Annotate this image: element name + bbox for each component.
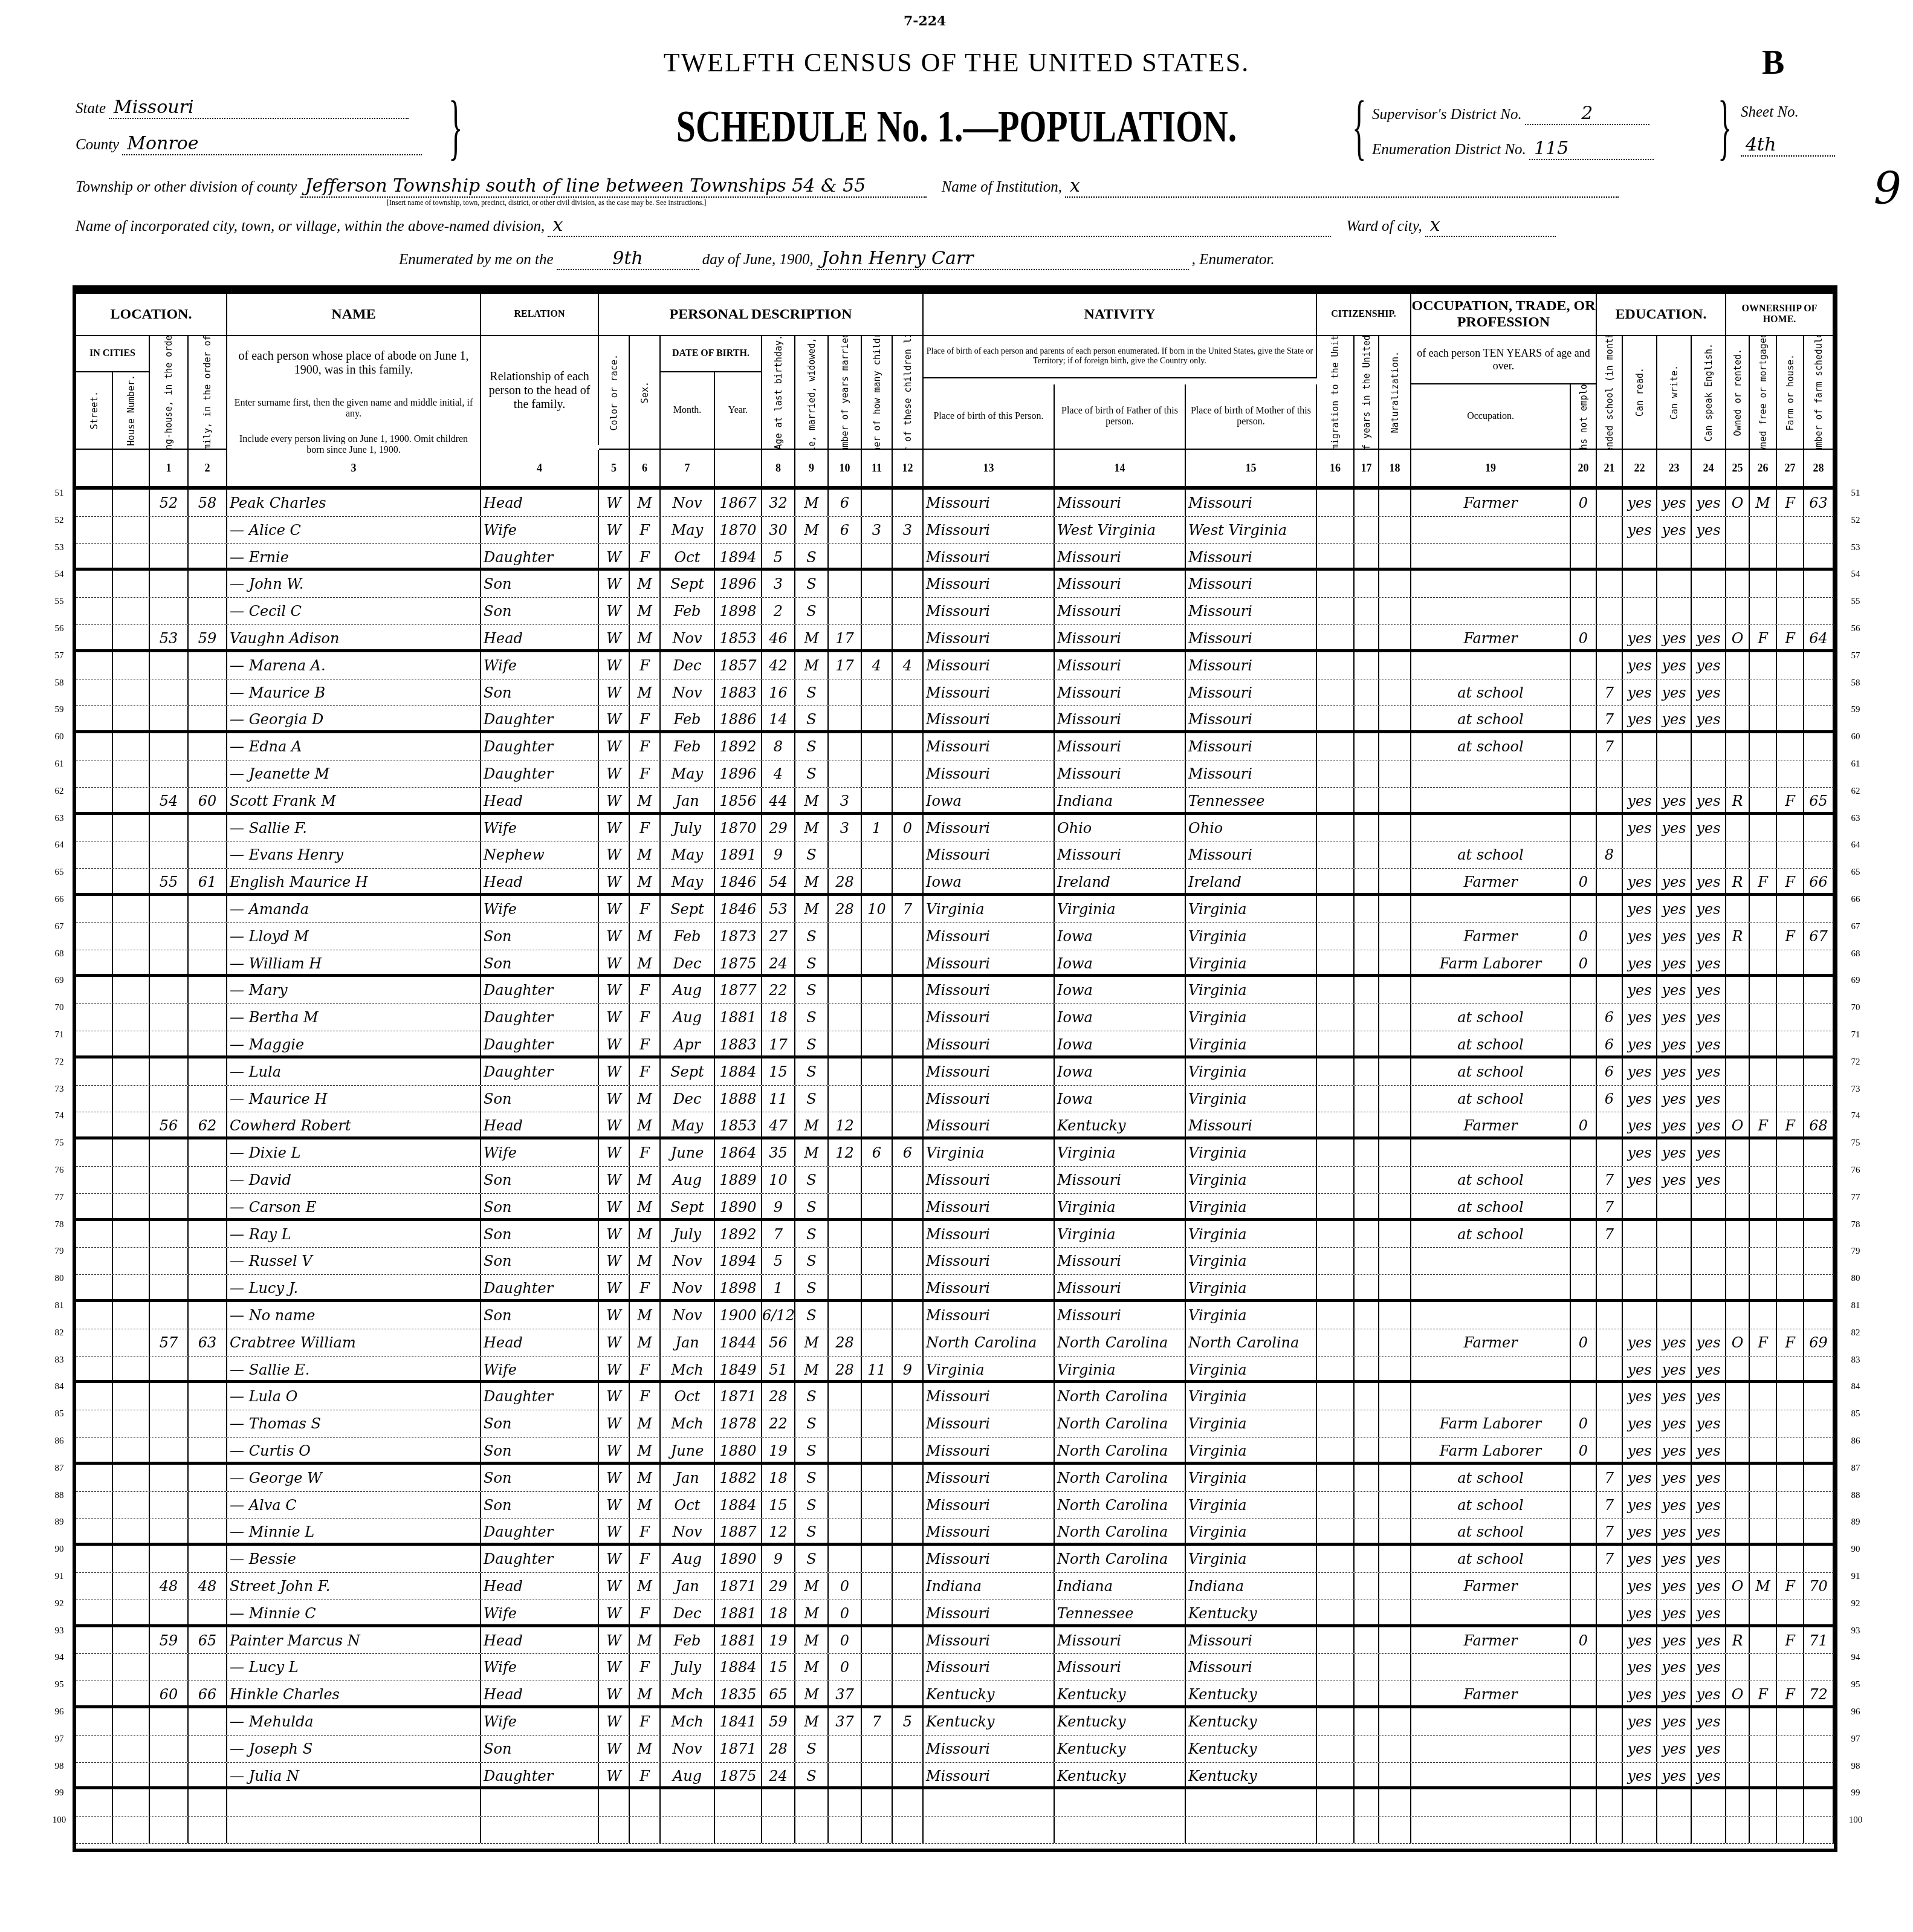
cell-dwelling — [150, 1058, 189, 1085]
cell-mortgaged — [1750, 571, 1777, 597]
cell-dwelling — [150, 679, 189, 706]
cell-owned — [1726, 1302, 1750, 1329]
cell-year: 1835 — [715, 1681, 762, 1705]
cell-street — [76, 1167, 113, 1193]
cell-imm — [1317, 1058, 1355, 1085]
cell-mother-birth: Ohio — [1186, 815, 1317, 841]
cell-mortgaged — [1750, 1004, 1777, 1031]
cell-house — [113, 1194, 150, 1218]
cell-mother-birth: Ireland — [1186, 869, 1317, 893]
cell-dwelling — [150, 1221, 189, 1248]
cell-mother-of — [862, 841, 893, 868]
cell-name: Street John F. — [227, 1573, 481, 1600]
cell-street — [76, 896, 113, 922]
cell-dwelling: 55 — [150, 869, 189, 893]
cell-months-unemp — [1571, 788, 1597, 812]
column-number-mother-of: 11 — [862, 450, 893, 486]
cell-imm — [1317, 1573, 1355, 1600]
cell-mother-birth: North Carolina — [1186, 1329, 1317, 1356]
cell-dwelling: 53 — [150, 625, 189, 649]
line-number-left: 55 — [47, 597, 71, 607]
cell-read: yes — [1623, 1357, 1657, 1381]
cell-dwelling — [150, 1383, 189, 1410]
city-label: Name of incorporated city, town, or vill… — [76, 218, 545, 235]
cell-street — [76, 841, 113, 868]
line-number-right: 77 — [1843, 1193, 1868, 1203]
cell-birth: Missouri — [924, 977, 1055, 1003]
cell-father-birth: Missouri — [1055, 544, 1186, 568]
cell-rel: Head — [481, 1112, 599, 1136]
cell-family — [189, 1004, 227, 1031]
cell-imm — [1317, 1736, 1355, 1762]
cell-yrs-married: 6 — [829, 517, 862, 543]
cell-family — [189, 1167, 227, 1193]
cell-write: yes — [1657, 1654, 1692, 1681]
table-row: — William HSonWMDec187524SMissouriIowaVi… — [76, 950, 1834, 977]
cell-birth: Missouri — [924, 1654, 1055, 1681]
cell-birth: Missouri — [924, 1763, 1055, 1787]
cell-family — [189, 1383, 227, 1410]
cell-school: 6 — [1597, 1031, 1623, 1055]
table-row: — MehuldaWifeWFMch184159M3775KentuckyKen… — [76, 1708, 1834, 1736]
cell-marital: M — [795, 1357, 829, 1381]
table-row: — Lloyd MSonWMFeb187327SMissouriIowaVirg… — [76, 923, 1834, 950]
cell-house — [113, 517, 150, 543]
group-header-relation: RELATION — [481, 294, 599, 336]
cell-write: yes — [1657, 1167, 1692, 1193]
cell-color: W — [599, 1167, 630, 1193]
cell-imm — [1317, 977, 1355, 1003]
cell-age: 12 — [762, 1519, 795, 1543]
cell-name: Scott Frank M — [227, 788, 481, 812]
cell-month: Sept — [661, 896, 715, 922]
cell-nat — [1379, 1600, 1411, 1624]
cell-living — [893, 1058, 924, 1085]
column-label-nat: Naturalization. — [1379, 336, 1411, 450]
cell-age: 24 — [762, 950, 795, 974]
cell-yrs-married — [829, 1031, 862, 1055]
cell-read — [1623, 841, 1657, 868]
cell-street — [76, 1763, 113, 1787]
cell-read: yes — [1623, 1627, 1657, 1654]
column-label-text-english: Can speak English. — [1703, 343, 1714, 442]
cell-street — [76, 1519, 113, 1543]
cell-occupation — [1411, 652, 1571, 679]
cell-yrs-married — [829, 1221, 862, 1248]
cell-living — [893, 1112, 924, 1136]
cell-age: 19 — [762, 1627, 795, 1654]
cell-age: 10 — [762, 1167, 795, 1193]
line-number-left: 97 — [47, 1734, 71, 1745]
cell-yrs-us — [1355, 1031, 1379, 1055]
table-row: — Julia NDaughterWFAug187524SMissouriKen… — [76, 1763, 1834, 1790]
enumeration-day: 9th — [557, 248, 699, 270]
cell-month: Mch — [661, 1357, 715, 1381]
cell-nat — [1379, 490, 1411, 516]
cell-mortgaged — [1750, 1383, 1777, 1410]
cell-father-birth: Iowa — [1055, 1058, 1186, 1085]
cell-mother-birth: Missouri — [1186, 1112, 1317, 1136]
cell-rel: Daughter — [481, 1058, 599, 1085]
cell-yrs-married — [829, 544, 862, 568]
institution-value: x — [1065, 175, 1619, 198]
line-number-right: 73 — [1843, 1084, 1868, 1095]
cell-write: yes — [1657, 490, 1692, 516]
cell-english: yes — [1692, 1681, 1726, 1705]
cell-mother-of — [862, 1573, 893, 1600]
column-number-rel: 4 — [481, 450, 599, 486]
cell-farm-sched — [1804, 1275, 1834, 1299]
cell-nat — [1379, 815, 1411, 841]
cell-month: Feb — [661, 733, 715, 760]
cell-street — [76, 1573, 113, 1600]
cell-street — [76, 1058, 113, 1085]
cell-father-birth: Kentucky — [1055, 1708, 1186, 1735]
cell-sex: F — [630, 1004, 661, 1031]
cell-year: 1886 — [715, 706, 762, 730]
cell-family — [189, 598, 227, 624]
cell-owned — [1726, 1410, 1750, 1437]
cell-marital: S — [795, 1519, 829, 1543]
cell-mother-of — [862, 1194, 893, 1218]
cell-house — [113, 1275, 150, 1299]
cell-family — [189, 1275, 227, 1299]
cell-sex: F — [630, 733, 661, 760]
cell-living — [893, 950, 924, 974]
cell-yrs-married — [829, 1763, 862, 1787]
cell-yrs-us — [1355, 490, 1379, 516]
cell-farm — [1777, 1492, 1804, 1519]
cell-yrs-us — [1355, 1139, 1379, 1166]
cell-school — [1597, 1600, 1623, 1624]
census-title: TWELFTH CENSUS OF THE UNITED STATES. — [0, 47, 1913, 78]
cell-occupation — [1411, 1139, 1571, 1166]
column-label-text-mother-of: Mother of how many children. — [872, 336, 882, 450]
table-row: — Georgia DDaughterWFFeb188614SMissouriM… — [76, 706, 1834, 733]
cell-owned — [1726, 598, 1750, 624]
cell-living — [893, 1681, 924, 1705]
line-number-right: 97 — [1843, 1734, 1868, 1745]
table-row: 5460Scott Frank MHeadWMJan185644M3IowaIn… — [76, 788, 1834, 815]
table-row: 6066Hinkle CharlesHeadWMMch183565M37Kent… — [76, 1681, 1834, 1708]
cell-occupation: Farmer — [1411, 923, 1571, 950]
cell-yrs-us — [1355, 1058, 1379, 1085]
cell-color: W — [599, 760, 630, 787]
cell-mother-of — [862, 1627, 893, 1654]
cell-year: 1873 — [715, 923, 762, 950]
cell-farm-sched — [1804, 1031, 1834, 1055]
cell-rel — [481, 1817, 599, 1843]
cell-farm-sched: 70 — [1804, 1573, 1834, 1600]
group-header-citizenship: CITIZENSHIP. — [1317, 294, 1411, 336]
cell-yrs-us — [1355, 1654, 1379, 1681]
cell-write — [1657, 841, 1692, 868]
cell-yrs-us — [1355, 1763, 1379, 1787]
cell-name — [227, 1817, 481, 1843]
cell-name: — Lula — [227, 1058, 481, 1085]
cell-house — [113, 977, 150, 1003]
cell-street — [76, 760, 113, 787]
cell-mother-birth: Indiana — [1186, 1573, 1317, 1600]
cell-father-birth: Kentucky — [1055, 1112, 1186, 1136]
cell-month: Nov — [661, 1248, 715, 1274]
cell-farm — [1777, 1789, 1804, 1816]
cell-yrs-us — [1355, 1248, 1379, 1274]
cell-name: — Dixie L — [227, 1139, 481, 1166]
table-row: — ErnieDaughterWFOct18945SMissouriMissou… — [76, 544, 1834, 571]
table-row: — Minnie LDaughterWFNov188712SMissouriNo… — [76, 1519, 1834, 1546]
cell-birth: Missouri — [924, 1302, 1055, 1329]
cell-birth: Missouri — [924, 679, 1055, 706]
line-number-right: 63 — [1843, 814, 1868, 824]
cell-dwelling — [150, 1357, 189, 1381]
cell-yrs-married — [829, 1004, 862, 1031]
cell-living — [893, 1736, 924, 1762]
cell-father-birth: Virginia — [1055, 1357, 1186, 1381]
cell-farm — [1777, 598, 1804, 624]
cell-owned — [1726, 706, 1750, 730]
cell-father-birth: Virginia — [1055, 1194, 1186, 1218]
cell-living — [893, 1275, 924, 1299]
right-brace-close-icon: } — [1718, 91, 1732, 163]
table-row: — DavidSonWMAug188910SMissouriMissouriVi… — [76, 1167, 1834, 1194]
cell-age: 35 — [762, 1139, 795, 1166]
name-description: of each person whose place of abode on J… — [227, 336, 481, 391]
cell-name: — Alice C — [227, 517, 481, 543]
cell-mother-birth: Virginia — [1186, 1519, 1317, 1543]
cell-family — [189, 1058, 227, 1085]
cell-age: 51 — [762, 1357, 795, 1381]
cell-yrs-married: 3 — [829, 788, 862, 812]
cell-name: — Ray L — [227, 1221, 481, 1248]
cell-owned — [1726, 1031, 1750, 1055]
cell-mother-of — [862, 1112, 893, 1136]
cell-mother-of — [862, 598, 893, 624]
cell-english — [1692, 544, 1726, 568]
cell-mother-birth: Missouri — [1186, 544, 1317, 568]
cell-year: 1877 — [715, 977, 762, 1003]
cell-year: 1853 — [715, 625, 762, 649]
cell-house — [113, 1086, 150, 1112]
cell-name: Peak Charles — [227, 490, 481, 516]
cell-yrs-us — [1355, 788, 1379, 812]
cell-sex: M — [630, 923, 661, 950]
cell-birth: Missouri — [924, 652, 1055, 679]
cell-age: 56 — [762, 1329, 795, 1356]
cell-imm — [1317, 1302, 1355, 1329]
cell-owned — [1726, 1086, 1750, 1112]
column-label-mother-of: Mother of how many children. — [862, 336, 893, 450]
cell-mortgaged — [1750, 1654, 1777, 1681]
cell-mother-of — [862, 490, 893, 516]
cell-read — [1623, 760, 1657, 787]
column-label-text-father-birth: Place of birth of Father of this person. — [1055, 403, 1185, 430]
cell-months-unemp — [1571, 598, 1597, 624]
line-number-left: 60 — [47, 732, 71, 742]
cell-dwelling — [150, 1410, 189, 1437]
cell-english: yes — [1692, 1004, 1726, 1031]
cell-living: 5 — [893, 1708, 924, 1735]
cell-street — [76, 544, 113, 568]
cell-house — [113, 1167, 150, 1193]
cell-house — [113, 1546, 150, 1572]
cell-year: 1846 — [715, 896, 762, 922]
cell-house — [113, 1329, 150, 1356]
cell-english — [1692, 1817, 1726, 1843]
cell-father-birth: Virginia — [1055, 1221, 1186, 1248]
cell-write: yes — [1657, 1086, 1692, 1112]
cell-marital: S — [795, 1248, 829, 1274]
cell-months-unemp — [1571, 1736, 1597, 1762]
cell-nat — [1379, 706, 1411, 730]
cell-school: 7 — [1597, 1221, 1623, 1248]
cell-dwelling — [150, 896, 189, 922]
cell-owned — [1726, 1167, 1750, 1193]
cell-school — [1597, 923, 1623, 950]
cell-school — [1597, 1112, 1623, 1136]
cell-birth: Missouri — [924, 517, 1055, 543]
cell-year: 1883 — [715, 1031, 762, 1055]
line-number-left: 69 — [47, 976, 71, 986]
cell-yrs-us — [1355, 1410, 1379, 1437]
cell-mother-birth: Missouri — [1186, 1627, 1317, 1654]
cell-nat — [1379, 517, 1411, 543]
cell-birth: Missouri — [924, 1086, 1055, 1112]
cell-color: W — [599, 1465, 630, 1491]
cell-color: W — [599, 1410, 630, 1437]
cell-owned — [1726, 1275, 1750, 1299]
cell-family — [189, 1492, 227, 1519]
cell-age: 32 — [762, 490, 795, 516]
cell-imm — [1317, 1465, 1355, 1491]
cell-sex: M — [630, 1681, 661, 1705]
cell-nat — [1379, 1546, 1411, 1572]
cell-year: 1894 — [715, 1248, 762, 1274]
cell-school — [1597, 1329, 1623, 1356]
cell-months-unemp — [1571, 1573, 1597, 1600]
column-number-street — [76, 450, 113, 486]
column-label-father-birth: Place of birth of Father of this person. — [1055, 384, 1186, 450]
cell-mother-of — [862, 950, 893, 974]
cell-english: yes — [1692, 1573, 1726, 1600]
cell-yrs-married — [829, 1302, 862, 1329]
cell-english: yes — [1692, 625, 1726, 649]
cell-age: 65 — [762, 1681, 795, 1705]
cell-farm-sched — [1804, 733, 1834, 760]
cell-farm-sched: 64 — [1804, 625, 1834, 649]
cell-english: yes — [1692, 1763, 1726, 1787]
cell-year: 1878 — [715, 1410, 762, 1437]
cell-rel: Son — [481, 923, 599, 950]
cell-read: yes — [1623, 1139, 1657, 1166]
cell-name: — Curtis O — [227, 1438, 481, 1462]
table-row: — Russel VSonWMNov18945SMissouriMissouri… — [76, 1248, 1834, 1275]
cell-occupation: at school — [1411, 1465, 1571, 1491]
cell-read — [1623, 598, 1657, 624]
cell-father-birth: Missouri — [1055, 706, 1186, 730]
cell-age: 7 — [762, 1221, 795, 1248]
line-number-left: 52 — [47, 516, 71, 526]
cell-color: W — [599, 733, 630, 760]
cell-color: W — [599, 1546, 630, 1572]
cell-imm — [1317, 625, 1355, 649]
cell-rel: Daughter — [481, 1031, 599, 1055]
cell-house — [113, 1708, 150, 1735]
cell-mortgaged — [1750, 788, 1777, 812]
cell-yrs-us — [1355, 1573, 1379, 1600]
cell-english — [1692, 598, 1726, 624]
cell-sex: M — [630, 1329, 661, 1356]
cell-father-birth: Virginia — [1055, 1139, 1186, 1166]
cell-sex: M — [630, 1167, 661, 1193]
cell-marital: M — [795, 490, 829, 516]
cell-farm: F — [1777, 1681, 1804, 1705]
cell-house — [113, 1600, 150, 1624]
column-label-yrs-us: Number of years in the United States. — [1355, 336, 1379, 450]
cell-mother-birth: Kentucky — [1186, 1708, 1317, 1735]
cell-imm — [1317, 679, 1355, 706]
cell-months-unemp — [1571, 815, 1597, 841]
cell-marital: S — [795, 1302, 829, 1329]
cell-mother-birth — [1186, 1817, 1317, 1843]
cell-color: W — [599, 706, 630, 730]
cell-marital: M — [795, 815, 829, 841]
cell-living: 0 — [893, 815, 924, 841]
line-number-right: 58 — [1843, 678, 1868, 689]
cell-read: yes — [1623, 788, 1657, 812]
cell-write: yes — [1657, 1357, 1692, 1381]
cell-house — [113, 1004, 150, 1031]
cell-farm-sched — [1804, 950, 1834, 974]
cell-street — [76, 652, 113, 679]
cell-owned: R — [1726, 788, 1750, 812]
cell-owned — [1726, 977, 1750, 1003]
cell-write — [1657, 1302, 1692, 1329]
cell-street — [76, 923, 113, 950]
cell-month: Dec — [661, 652, 715, 679]
cell-mortgaged — [1750, 923, 1777, 950]
cell-street — [76, 1546, 113, 1572]
cell-mother-birth: Missouri — [1186, 625, 1317, 649]
cell-write: yes — [1657, 517, 1692, 543]
cell-year: 1881 — [715, 1004, 762, 1031]
cell-dwelling — [150, 1275, 189, 1299]
table-row: — MaggieDaughterWFApr188317SMissouriIowa… — [76, 1031, 1834, 1058]
cell-read: yes — [1623, 869, 1657, 893]
cell-nat — [1379, 923, 1411, 950]
table-row: — AmandaWifeWFSept184653M28107VirginiaVi… — [76, 896, 1834, 923]
cell-rel: Wife — [481, 517, 599, 543]
cell-father-birth: North Carolina — [1055, 1329, 1186, 1356]
cell-dwelling — [150, 1600, 189, 1624]
cell-street — [76, 1708, 113, 1735]
cell-farm-sched: 68 — [1804, 1112, 1834, 1136]
cell-months-unemp — [1571, 1763, 1597, 1787]
cell-rel: Son — [481, 1410, 599, 1437]
cell-marital: S — [795, 1383, 829, 1410]
cell-marital: S — [795, 706, 829, 730]
cell-farm-sched — [1804, 1708, 1834, 1735]
table-row: — Carson ESonWMSept18909SMissouriVirgini… — [76, 1194, 1834, 1221]
cell-yrs-us — [1355, 1600, 1379, 1624]
cell-age: 15 — [762, 1654, 795, 1681]
cell-dwelling — [150, 1654, 189, 1681]
cell-owned — [1726, 1438, 1750, 1462]
cell-mother-of — [862, 1410, 893, 1437]
cell-living — [893, 1789, 924, 1816]
cell-farm-sched — [1804, 815, 1834, 841]
cell-read: yes — [1623, 977, 1657, 1003]
